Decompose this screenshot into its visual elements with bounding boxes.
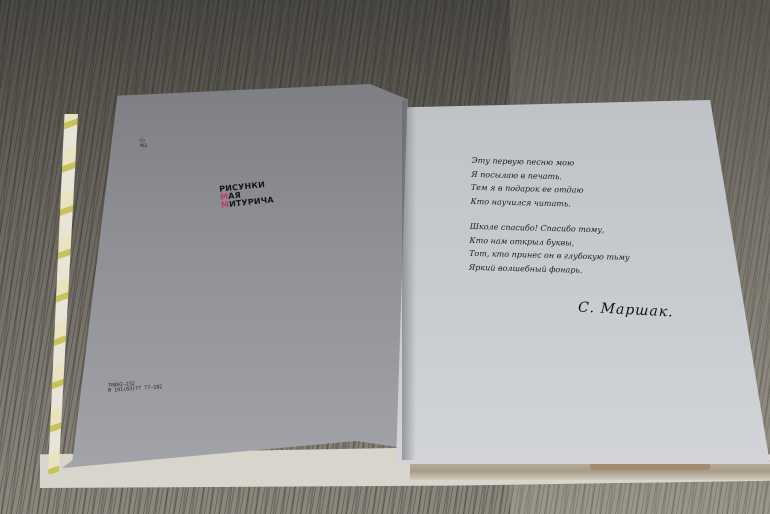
stanza-1: Эту первую песню мою Я посылаю в печать.…: [470, 154, 632, 212]
imprint-top: Сп М63: [140, 138, 147, 148]
book-gutter: [402, 100, 416, 460]
handwritten-inscription: Эту первую песню мою Я посылаю в печать.…: [468, 154, 632, 290]
photo-scene: Сп М63 РИСУНКИ МАЯ МИТУРИЧА 70802—232 М …: [0, 0, 770, 514]
stanza-2: Школе спасибо! Спасибо тому, Кто нам отк…: [469, 220, 631, 278]
left-page: [62, 84, 408, 472]
